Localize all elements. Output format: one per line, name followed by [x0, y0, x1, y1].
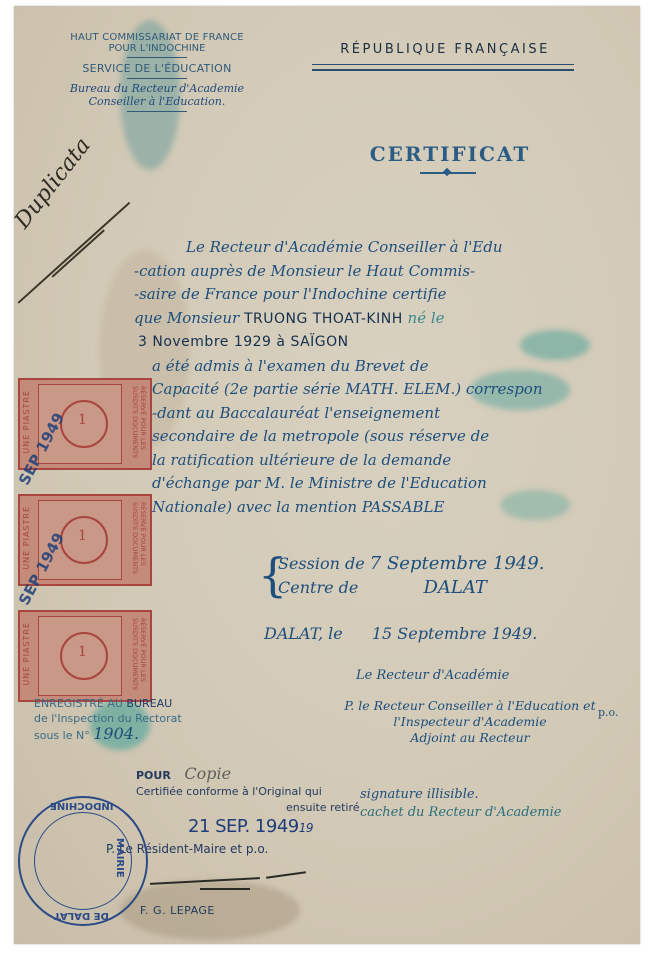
session-row: Session de 7 Septembre 1949.	[262, 552, 544, 576]
body-line: Capacité (2e partie série MATH. ELEM.) c…	[134, 378, 634, 402]
session-date: 7 Septembre 1949.	[370, 553, 545, 574]
seal-text-right: MAIRIE	[114, 838, 125, 878]
handwritten-signature	[200, 888, 250, 890]
issuing-office-header: HAUT COMMISSARIAT DE FRANCE POUR L'INDOC…	[52, 32, 262, 115]
seal-text-top: INDOCHINE	[50, 800, 114, 811]
body-line-name: que Monsieur TRUONG THOAT-KINH né le	[134, 307, 634, 332]
registration-text: ENREGISTRÉ AU	[34, 697, 123, 710]
stamp-right-text: RÉSERVÉ POUR LES SUSDITS DOCUMENTS	[131, 618, 147, 700]
centre-row: Centre de DALAT	[262, 576, 544, 600]
signatory-line: l'Inspecteur d'Academie	[310, 714, 630, 730]
official-seal: INDOCHINE MAIRIE DE DALAT	[18, 796, 148, 926]
stamp-side-text: UNE PIASTRE	[22, 506, 31, 570]
illegible-signature-note: signature illisible. cachet du Recteur d…	[360, 786, 561, 822]
registration-line: sous le N° 1904.	[34, 726, 182, 743]
date-stamp: 21 SEP. 194919	[188, 816, 313, 837]
copy-line: Certifiée conforme à l'Original qui	[136, 784, 360, 800]
issue-date: 15 Septembre 1949.	[372, 624, 537, 643]
centre-label: Centre de	[278, 578, 358, 597]
double-rule	[312, 64, 574, 71]
fiscal-stamp: 1 UNE PIASTRE RÉSERVÉ POUR LES SUSDITS D…	[18, 610, 152, 702]
fiscal-stamps: 1 UNE PIASTRE RÉSERVÉ POUR LES SUSDITS D…	[18, 378, 154, 726]
registration-number: 1904.	[93, 724, 139, 743]
signatory-block: P. le Recteur Conseiller à l'Education e…	[310, 698, 630, 746]
stamp-side-text: UNE PIASTRE	[22, 622, 31, 686]
stamp-side-text: UNE PIASTRE	[22, 390, 31, 454]
body-line: -saire de France pour l'Indochine certif…	[134, 283, 634, 307]
stamp-denomination: 1	[78, 644, 87, 660]
registration-stamp: ENREGISTRÉ AU BUREAU de l'Inspection du …	[34, 696, 182, 743]
office-line-1: HAUT COMMISSARIAT DE FRANCE	[52, 32, 262, 43]
body-line: Le Recteur d'Académie Conseiller à l'Edu	[134, 236, 634, 260]
signer-name: F. G. LEPAGE	[140, 904, 215, 917]
body-line: -cation auprès de Monsieur le Haut Commi…	[134, 260, 634, 284]
note-line: signature illisible.	[360, 786, 561, 804]
birth-date-place: 3 Novembre 1929 à SAÏGON	[134, 331, 634, 355]
pour-label: POUR	[136, 769, 171, 782]
date-stamp-text: 21 SEP. 1949	[188, 816, 299, 837]
office-line-4: Bureau du Recteur d'Academie	[52, 82, 262, 95]
divider	[127, 57, 187, 58]
office-line-5: Conseiller à l'Education.	[52, 95, 262, 108]
document-title: CERTIFICAT	[300, 142, 600, 166]
body-line: d'échange par M. le Ministre de l'Educat…	[134, 472, 634, 496]
session-block: Session de 7 Septembre 1949. Centre de D…	[262, 552, 544, 600]
pour-value: Copie	[184, 764, 231, 783]
registration-line: ENREGISTRÉ AU BUREAU	[34, 696, 182, 711]
note-line: cachet du Recteur d'Academie	[360, 804, 561, 822]
body-line: -dant au Baccalauréat l'enseignement	[134, 402, 634, 426]
body-line-mention: Nationale) avec la mention PASSABLE	[134, 496, 634, 520]
certificate-body: Le Recteur d'Académie Conseiller à l'Edu…	[134, 236, 634, 519]
seal-text-bottom: DE DALAT	[54, 910, 109, 921]
copy-line: ensuite retiré	[136, 800, 360, 816]
divider	[127, 78, 187, 79]
body-line: secondaire de la metropole (sous réserve…	[134, 425, 634, 449]
po-mark: p.o.	[598, 706, 618, 719]
stamp-denomination: 1	[78, 412, 87, 428]
registration-text: BUREAU	[126, 697, 172, 710]
body-line: la ratification ultérieure de la demande	[134, 449, 634, 473]
divider	[127, 111, 187, 112]
centre-value: DALAT	[423, 577, 486, 598]
candidate-name: TRUONG THOAT-KINH	[244, 311, 403, 327]
body-line: a été admis à l'examen du Brevet de	[134, 355, 634, 379]
stamp-denomination: 1	[78, 528, 87, 544]
office-line-3: SERVICE DE L'ÉDUCATION	[52, 62, 262, 75]
office-line-2: POUR L'INDOCHINE	[52, 43, 262, 54]
pour-line: POUR Copie	[136, 766, 360, 784]
stamp-right-text: RÉSERVÉ POUR LES SUSDITS DOCUMENTS	[131, 502, 147, 584]
signatory-line: P. le Recteur Conseiller à l'Education e…	[310, 698, 630, 714]
title-ornament	[420, 172, 476, 174]
place-date-line: DALAT, le 15 Septembre 1949.	[264, 624, 537, 643]
session-label: Session de	[278, 554, 365, 573]
signatory-title: Le Recteur d'Académie	[356, 668, 509, 683]
born-text: né le	[408, 309, 445, 327]
signatory-line: Adjoint au Recteur	[310, 730, 630, 746]
copy-certification: POUR Copie Certifiée conforme à l'Origin…	[136, 766, 360, 816]
place: DALAT, le	[264, 624, 343, 643]
republic-heading: RÉPUBLIQUE FRANÇAISE	[310, 42, 580, 57]
body-text: que Monsieur	[134, 309, 239, 327]
date-stamp-suffix: 19	[299, 821, 313, 835]
stamp-right-text: RÉSERVÉ POUR LES SUSDITS DOCUMENTS	[131, 386, 147, 468]
registration-text: sous le N°	[34, 729, 90, 742]
